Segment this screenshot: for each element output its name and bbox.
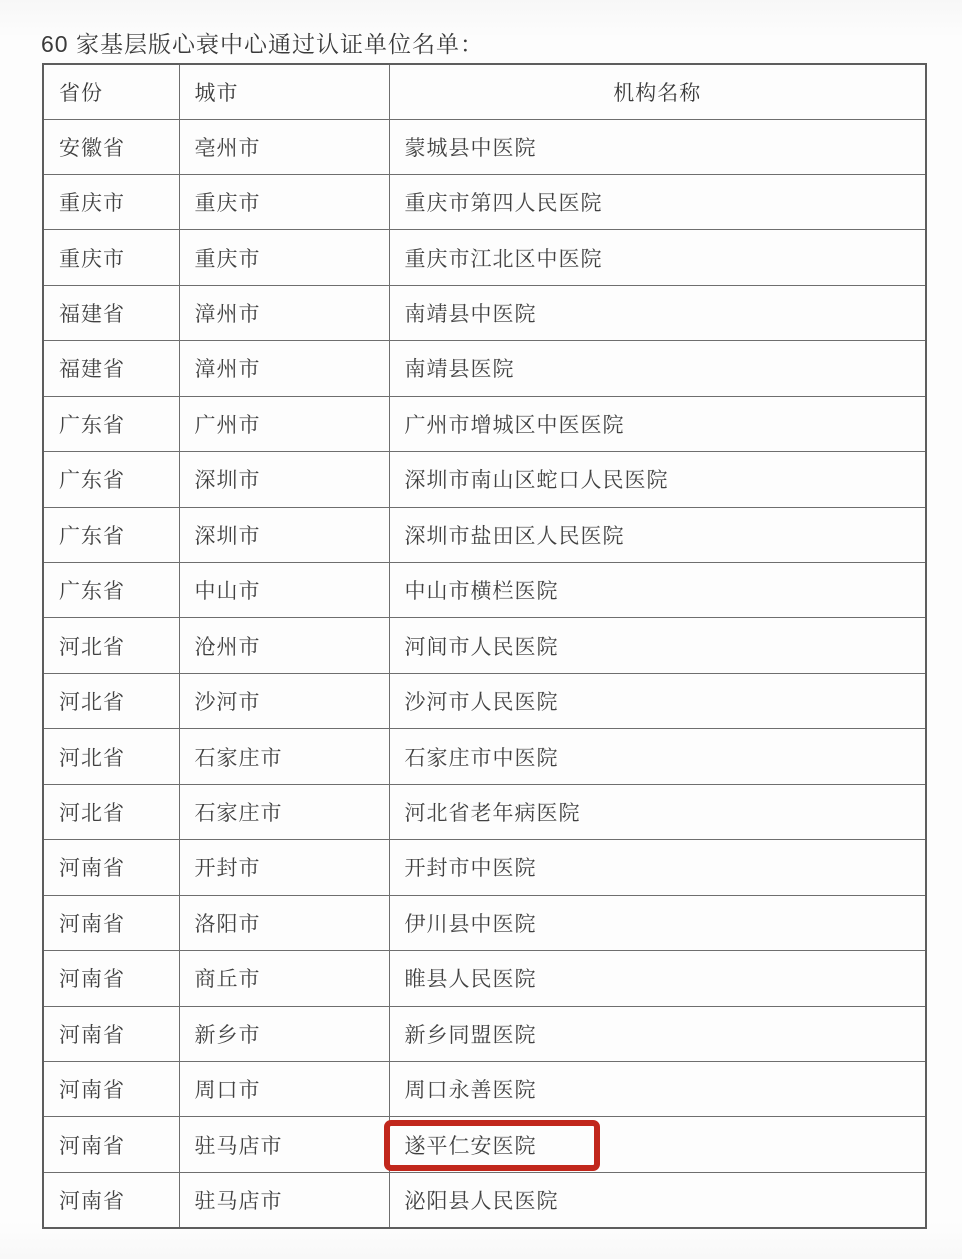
cell-city: 石家庄市: [179, 729, 389, 784]
table-row: 河南省驻马店市泌阳县人民医院: [43, 1172, 926, 1228]
cell-city: 洛阳市: [179, 895, 389, 950]
cell-province: 福建省: [43, 341, 179, 396]
cell-institution: 睢县人民医院: [389, 951, 926, 1006]
cell-institution: 中山市横栏医院: [389, 563, 926, 618]
cell-city: 中山市: [179, 563, 389, 618]
cell-province: 重庆市: [43, 174, 179, 229]
cell-institution: 河间市人民医院: [389, 618, 926, 673]
cell-institution: 河北省老年病医院: [389, 784, 926, 839]
cell-text: 广东省: [59, 414, 125, 437]
cell-text: 周口永善医院: [405, 1079, 537, 1102]
cell-institution: 深圳市盐田区人民医院: [389, 507, 926, 562]
table-body: 安徽省亳州市蒙城县中医院重庆市重庆市重庆市第四人民医院重庆市重庆市重庆市江北区中…: [43, 119, 926, 1228]
cell-text: 石家庄市: [195, 802, 283, 825]
document-page: 60 家基层版心衰中心通过认证单位名单： 省份 城市 机构名称 安徽省亳州市蒙城…: [0, 0, 962, 1259]
table-row: 广东省深圳市深圳市南山区蛇口人民医院: [43, 452, 926, 507]
table-row: 广东省广州市广州市增城区中医医院: [43, 396, 926, 451]
cell-text: 河南省: [59, 968, 125, 991]
cell-text: 开封市: [195, 857, 261, 880]
cell-institution: 开封市中医院: [389, 840, 926, 895]
table-row: 河南省新乡市新乡同盟医院: [43, 1006, 926, 1061]
cell-text: 周口市: [195, 1079, 261, 1102]
cell-text: 河北省: [59, 802, 125, 825]
cell-province: 福建省: [43, 285, 179, 340]
cell-text: 漳州市: [195, 303, 261, 326]
cell-text: 重庆市第四人民医院: [405, 192, 603, 215]
cell-institution: 南靖县中医院: [389, 285, 926, 340]
cell-text: 开封市中医院: [405, 857, 537, 880]
cell-city: 沙河市: [179, 673, 389, 728]
table-row: 福建省漳州市南靖县医院: [43, 341, 926, 396]
header-city: 城市: [179, 64, 389, 119]
cell-text: 驻马店市: [195, 1135, 283, 1158]
cell-text: 河南省: [59, 1190, 125, 1213]
cell-province: 河北省: [43, 729, 179, 784]
table-row: 福建省漳州市南靖县中医院: [43, 285, 926, 340]
table-row: 河南省洛阳市伊川县中医院: [43, 895, 926, 950]
cell-text: 福建省: [59, 303, 125, 326]
cell-text: 重庆市: [195, 248, 261, 271]
cell-text: 睢县人民医院: [405, 968, 537, 991]
table-row: 广东省中山市中山市横栏医院: [43, 563, 926, 618]
page-title: 60 家基层版心衰中心通过认证单位名单：: [41, 26, 484, 59]
cell-text: 亳州市: [195, 137, 261, 160]
cell-city: 重庆市: [179, 174, 389, 229]
cell-text: 河北省老年病医院: [405, 802, 581, 825]
cell-text: 沧州市: [195, 636, 261, 659]
cell-city: 开封市: [179, 840, 389, 895]
cell-city: 漳州市: [179, 285, 389, 340]
cell-city: 深圳市: [179, 507, 389, 562]
cell-text: 广州市: [195, 414, 261, 437]
cell-province: 河南省: [43, 951, 179, 1006]
cell-text: 商丘市: [195, 968, 261, 991]
table-row: 河南省驻马店市遂平仁安医院: [43, 1117, 926, 1172]
cell-text: 安徽省: [59, 137, 125, 160]
cell-city: 亳州市: [179, 119, 389, 174]
cell-text: 重庆市: [195, 192, 261, 215]
cell-institution: 新乡同盟医院: [389, 1006, 926, 1061]
cell-city: 驻马店市: [179, 1117, 389, 1172]
cell-city: 深圳市: [179, 452, 389, 507]
cell-province: 河南省: [43, 895, 179, 950]
cell-text: 重庆市: [59, 248, 125, 271]
cell-text: 河南省: [59, 857, 125, 880]
cell-text: 河南省: [59, 1135, 125, 1158]
cell-text: 深圳市: [195, 525, 261, 548]
cell-institution: 伊川县中医院: [389, 895, 926, 950]
header-institution: 机构名称: [389, 64, 926, 119]
cell-institution: 南靖县医院: [389, 341, 926, 396]
cell-province: 广东省: [43, 396, 179, 451]
cell-text: 遂平仁安医院: [405, 1135, 537, 1158]
cell-province: 河南省: [43, 1006, 179, 1061]
cell-text: 蒙城县中医院: [405, 137, 537, 160]
cell-text: 河南省: [59, 1024, 125, 1047]
cell-text: 河南省: [59, 913, 125, 936]
cell-institution: 沙河市人民医院: [389, 673, 926, 728]
cell-institution: 重庆市第四人民医院: [389, 174, 926, 229]
cell-text: 新乡市: [195, 1024, 261, 1047]
cell-province: 重庆市: [43, 230, 179, 285]
cell-text: 沙河市人民医院: [405, 691, 559, 714]
cell-institution: 泌阳县人民医院: [389, 1172, 926, 1228]
cell-province: 河南省: [43, 1172, 179, 1228]
certified-units-table: 省份 城市 机构名称 安徽省亳州市蒙城县中医院重庆市重庆市重庆市第四人民医院重庆…: [42, 63, 927, 1229]
cell-province: 广东省: [43, 452, 179, 507]
cell-text: 深圳市南山区蛇口人民医院: [405, 469, 669, 492]
cell-text: 石家庄市: [195, 747, 283, 770]
cell-institution: 深圳市南山区蛇口人民医院: [389, 452, 926, 507]
cell-institution: 石家庄市中医院: [389, 729, 926, 784]
cell-city: 重庆市: [179, 230, 389, 285]
cell-text: 新乡同盟医院: [405, 1024, 537, 1047]
table-row: 河南省开封市开封市中医院: [43, 840, 926, 895]
cell-city: 商丘市: [179, 951, 389, 1006]
cell-text: 南靖县医院: [405, 358, 515, 381]
cell-text: 驻马店市: [195, 1190, 283, 1213]
cell-text: 广东省: [59, 580, 125, 603]
cell-institution: 重庆市江北区中医院: [389, 230, 926, 285]
cell-text: 广东省: [59, 525, 125, 548]
table-row: 河北省石家庄市石家庄市中医院: [43, 729, 926, 784]
cell-province: 河南省: [43, 1117, 179, 1172]
cell-province: 河北省: [43, 673, 179, 728]
table-header: 省份 城市 机构名称: [43, 64, 926, 119]
cell-city: 广州市: [179, 396, 389, 451]
cell-text: 中山市: [195, 580, 261, 603]
cell-city: 周口市: [179, 1061, 389, 1116]
cell-text: 泌阳县人民医院: [405, 1190, 559, 1213]
cell-text: 伊川县中医院: [405, 913, 537, 936]
cell-city: 漳州市: [179, 341, 389, 396]
cell-text: 石家庄市中医院: [405, 747, 559, 770]
cell-text: 河南省: [59, 1079, 125, 1102]
cell-institution: 遂平仁安医院: [389, 1117, 926, 1172]
header-province: 省份: [43, 64, 179, 119]
cell-text: 重庆市江北区中医院: [405, 248, 603, 271]
cell-text: 河北省: [59, 691, 125, 714]
cell-province: 河南省: [43, 1061, 179, 1116]
cell-text: 深圳市盐田区人民医院: [405, 525, 625, 548]
cell-text: 福建省: [59, 358, 125, 381]
cell-institution: 蒙城县中医院: [389, 119, 926, 174]
table-row: 河北省石家庄市河北省老年病医院: [43, 784, 926, 839]
cell-text: 南靖县中医院: [405, 303, 537, 326]
cell-institution: 周口永善医院: [389, 1061, 926, 1116]
cell-city: 沧州市: [179, 618, 389, 673]
table-row: 重庆市重庆市重庆市第四人民医院: [43, 174, 926, 229]
table-row: 河南省周口市周口永善医院: [43, 1061, 926, 1116]
cell-province: 广东省: [43, 507, 179, 562]
cell-text: 广州市增城区中医医院: [405, 414, 625, 437]
table-row: 广东省深圳市深圳市盐田区人民医院: [43, 507, 926, 562]
cell-institution: 广州市增城区中医医院: [389, 396, 926, 451]
table-row: 河南省商丘市睢县人民医院: [43, 951, 926, 1006]
cell-city: 驻马店市: [179, 1172, 389, 1228]
cell-text: 漳州市: [195, 358, 261, 381]
cell-text: 洛阳市: [195, 913, 261, 936]
cell-text: 河北省: [59, 636, 125, 659]
cell-province: 河北省: [43, 784, 179, 839]
cell-province: 广东省: [43, 563, 179, 618]
cell-text: 沙河市: [195, 691, 261, 714]
cell-text: 重庆市: [59, 192, 125, 215]
cell-text: 广东省: [59, 469, 125, 492]
table-row: 河北省沧州市河间市人民医院: [43, 618, 926, 673]
cell-text: 中山市横栏医院: [405, 580, 559, 603]
cell-text: 河间市人民医院: [405, 636, 559, 659]
cell-province: 河南省: [43, 840, 179, 895]
cell-city: 新乡市: [179, 1006, 389, 1061]
header-row: 省份 城市 机构名称: [43, 64, 926, 119]
table-row: 重庆市重庆市重庆市江北区中医院: [43, 230, 926, 285]
cell-city: 石家庄市: [179, 784, 389, 839]
cell-text: 深圳市: [195, 469, 261, 492]
cell-province: 安徽省: [43, 119, 179, 174]
cell-text: 河北省: [59, 747, 125, 770]
table-row: 安徽省亳州市蒙城县中医院: [43, 119, 926, 174]
table-row: 河北省沙河市沙河市人民医院: [43, 673, 926, 728]
cell-province: 河北省: [43, 618, 179, 673]
